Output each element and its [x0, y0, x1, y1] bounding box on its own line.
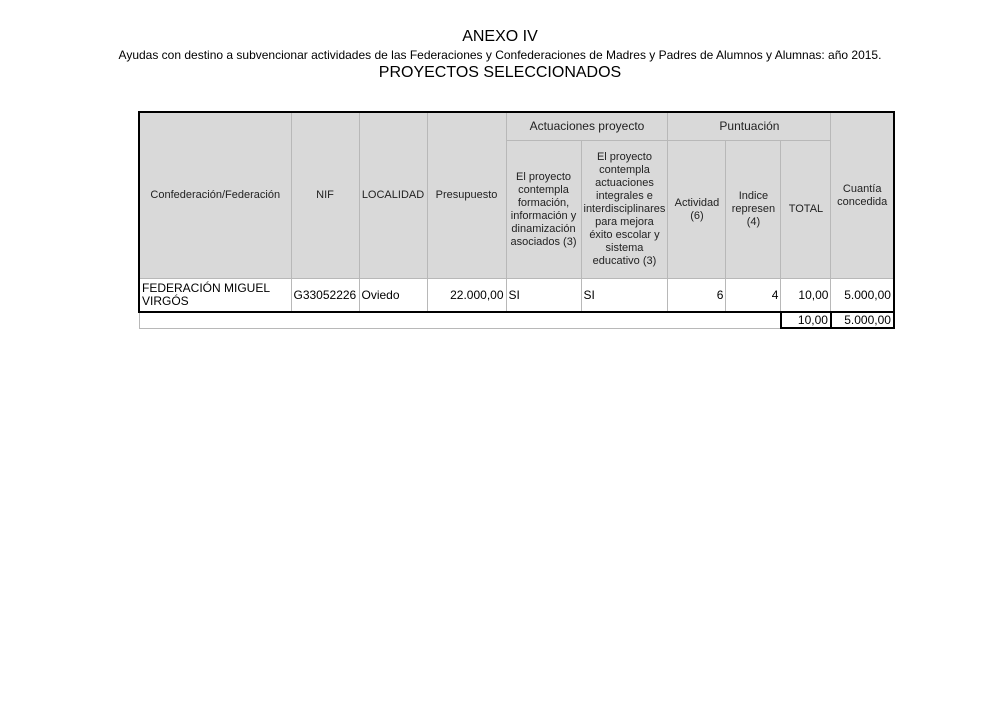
cell-nif: G33052226	[291, 279, 359, 313]
header-actividad: Actividad (6)	[668, 141, 726, 279]
header-puntuacion-group: Puntuación	[668, 112, 831, 141]
cell-cuantia: 5.000,00	[831, 279, 894, 313]
header-total: TOTAL	[781, 141, 831, 279]
cell-actividad: 6	[668, 279, 726, 313]
projects-table: Confederación/Federación NIF LOCALIDAD P…	[138, 111, 895, 329]
cell-indice: 4	[726, 279, 781, 313]
document-title: ANEXO IV	[0, 28, 1000, 46]
cell-federacion: FEDERACIÓN MIGUEL VIRGÓS	[139, 279, 291, 313]
cell-total: 10,00	[781, 279, 831, 313]
section-title: PROYECTOS SELECCIONADOS	[0, 64, 1000, 82]
totals-row: 10,00 5.000,00	[139, 312, 894, 328]
total-score-sum: 10,00	[781, 312, 831, 328]
header-federacion: Confederación/Federación	[139, 112, 291, 279]
cell-actuacion-1: SI	[506, 279, 581, 313]
total-cuantia-sum: 5.000,00	[831, 312, 894, 328]
header-presupuesto: Presupuesto	[427, 112, 506, 279]
header-actuaciones-group: Actuaciones proyecto	[506, 112, 668, 141]
header-nif: NIF	[291, 112, 359, 279]
table-row: FEDERACIÓN MIGUEL VIRGÓS G33052226 Ovied…	[139, 279, 894, 313]
header-actuacion-2: El proyecto contempla actuaciones integr…	[581, 141, 668, 279]
header-localidad: LOCALIDAD	[359, 112, 427, 279]
header-indice: Indice represen (4)	[726, 141, 781, 279]
header-actuacion-1: El proyecto contempla formación, informa…	[506, 141, 581, 279]
cell-actuacion-2: SI	[581, 279, 668, 313]
document-subtitle: Ayudas con destino a subvencionar activi…	[0, 48, 1000, 62]
header-cuantia: Cuantía concedida	[831, 112, 894, 279]
cell-localidad: Oviedo	[359, 279, 427, 313]
cell-presupuesto: 22.000,00	[427, 279, 506, 313]
